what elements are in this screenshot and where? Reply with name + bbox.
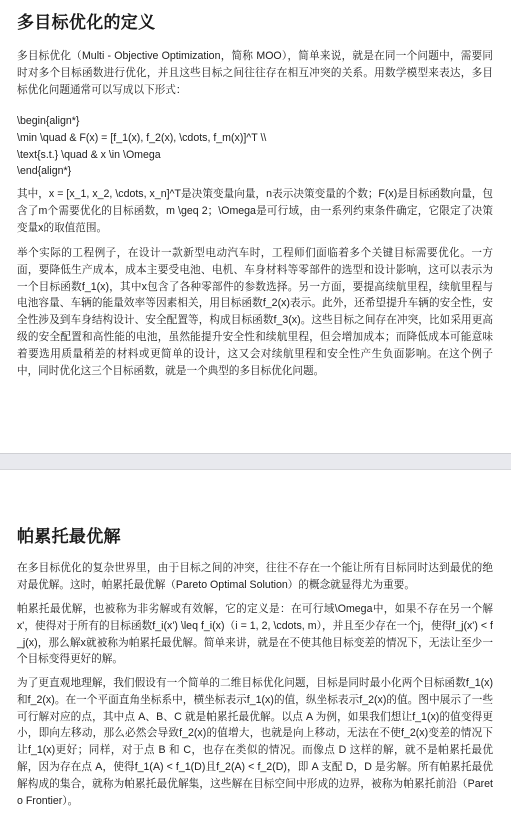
formula-line: \end{align*} [17, 163, 493, 180]
pareto-illustration-block: 为了更直观地理解，我们假设有一个简单的二维目标优化问题，目标是同时最小化两个目标… [17, 675, 493, 809]
explanation-block: 其中，x = [x_1, x_2, \cdots, x_n]^T是决策变量向量，… [17, 186, 493, 236]
pareto-intro-block: 在多目标优化的复杂世界里，由于目标之间的冲突，往往不存在一个能让所有目标同时达到… [17, 560, 493, 594]
intro-paragraph: 多目标优化（Multi - Objective Optimization，简称 … [17, 48, 493, 98]
example-block: 举个实际的工程例子，在设计一款新型电动汽车时，工程师们面临着多个关键目标需要优化… [17, 245, 493, 379]
document-page-2: 帕累托最优解 在多目标优化的复杂世界里，由于目标之间的冲突，往往不存在一个能让所… [0, 470, 511, 817]
section-title: 帕累托最优解 [17, 526, 493, 548]
pareto-definition-block: 帕累托最优解，也被称为非劣解或有效解，它的定义是：在可行域\Omega中，如果不… [17, 601, 493, 668]
formula-line: \min \quad & F(x) = [f_1(x), f_2(x), \cd… [17, 130, 493, 147]
intro-block: 多目标优化（Multi - Objective Optimization，简称 … [17, 48, 493, 98]
section-title: 多目标优化的定义 [17, 12, 493, 34]
example-paragraph: 举个实际的工程例子，在设计一款新型电动汽车时，工程师们面临着多个关键目标需要优化… [17, 245, 493, 379]
section-moo-definition: 多目标优化的定义 [17, 12, 493, 34]
formula-line: \text{s.t.} \quad & x \in \Omega [17, 147, 493, 164]
document-page-1: 多目标优化的定义 多目标优化（Multi - Objective Optimiz… [0, 0, 511, 453]
section-pareto-optimal: 帕累托最优解 [17, 526, 493, 548]
formula-line: \begin{align*} [17, 113, 493, 130]
page-separator [0, 453, 511, 470]
explanation-paragraph: 其中，x = [x_1, x_2, \cdots, x_n]^T是决策变量向量，… [17, 186, 493, 236]
pareto-definition-paragraph: 帕累托最优解，也被称为非劣解或有效解，它的定义是：在可行域\Omega中，如果不… [17, 601, 493, 668]
pareto-intro-paragraph: 在多目标优化的复杂世界里，由于目标之间的冲突，往往不存在一个能让所有目标同时达到… [17, 560, 493, 594]
formula-block: \begin{align*} \min \quad & F(x) = [f_1(… [17, 113, 493, 180]
pareto-illustration-paragraph: 为了更直观地理解，我们假设有一个简单的二维目标优化问题，目标是同时最小化两个目标… [17, 675, 493, 809]
